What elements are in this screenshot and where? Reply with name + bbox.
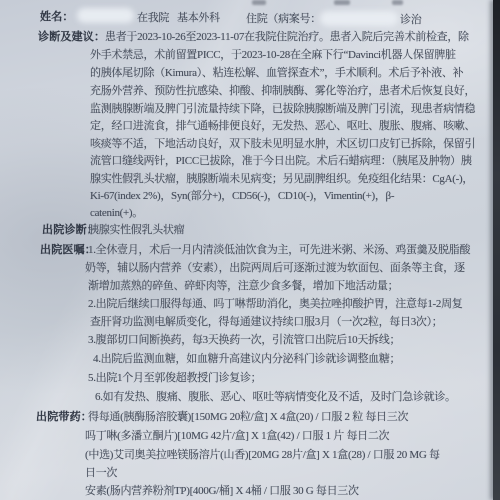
discharge-instruction-line: 5.出院1个月至郭俊超教授门诊复诊；	[88, 371, 261, 385]
discharge-instruction-line: 渐增加蒸熟的碎鱼、碎虾肉等，注意少食多餐，增加下地活动量；	[88, 279, 398, 293]
name-label: 姓名：	[40, 10, 74, 24]
diagnosis-advice-line: 定，经口进流食，排气通畅排便良好，无发热、恶心、呕吐、腹胀、腹痛、咳嗽、	[90, 119, 475, 133]
discharge-instruction-line: 奶等，辅以肠内营养（安素），出院两周后可逐渐过渡为软面包、面条等主食，逐	[85, 261, 465, 275]
cropped-text-remnant	[334, 0, 350, 5]
hospital-text: 在我院	[137, 11, 169, 25]
discharge-instruction-line: 4.出院后监测血糖，如血糖升高建议内分泌科门诊就诊调整血糖；	[93, 352, 400, 366]
redacted-record-number	[320, 11, 398, 26]
diagnosis-advice-line: 咳痰等不适，下地活动良好，双下肢未见明显水肿，术区切口皮钉已拆除，保留引	[90, 137, 475, 151]
diagnosis-advice-label: 诊断及建议：	[38, 30, 105, 44]
discharge-instruction-line: 1.全休壹月，术后一月内清淡低油饮食为主，可先进米粥、米汤、鸡蛋羹及脱脂酸	[88, 243, 470, 257]
redacted-patient-name	[77, 8, 134, 23]
cropped-text-remnant	[392, 0, 403, 5]
discharge-medication-line: 得每通(胰酶肠溶胶囊)[150MG 20粒/盒] X 4盒(20) / 口服 2…	[88, 410, 408, 424]
discharge-document-photo: 姓名： 在我院 基本外科 住院（病案号： 诊治 诊断及建议： 患者于2023-1…	[0, 0, 500, 500]
discharge-medication-line: 吗丁啉(多潘立酮片)[10MG 42片/盒] X 1盒(42) / 口服 1 片…	[85, 429, 389, 443]
diagnosis-advice-line: 监测胰腺断端及脾门引流量持续下降，已拔除胰腺断端及脾门引流，现患者病情稳	[90, 102, 475, 116]
department-text: 基本外科	[177, 11, 220, 25]
discharge-instruction-line: 3.腹部切口间断换药，每3天换药一次，引流管口出院后10天拆线；	[88, 333, 400, 347]
photo-right-edge	[493, 0, 500, 500]
discharge-medications-label: 出院带药：	[36, 410, 92, 424]
discharge-diagnosis-value: 胰腺实性假乳头状瘤	[88, 223, 184, 237]
diagnosis-advice-line: 外手术禁忌，术前留置PICC，于2023-10-28在全麻下行“Davinci机…	[90, 48, 456, 62]
diagnosis-advice-line: Ki-67(index 2%)，Syn(部分+)，CD56(-)，CD10(-)…	[90, 189, 394, 203]
discharge-instruction-line: 2.出院后继续口服得每通、吗丁啉帮助消化，奥美拉唑抑酸护胃，注意每1-2周复	[88, 297, 463, 311]
admission-record-label: 住院（病案号：	[246, 12, 321, 26]
diagnosis-advice-line: 腺实性假乳头状瘤，胰腺断端未见病变；另见副脾组织。免疫组化结果：CgA(-)，	[90, 172, 473, 186]
discharge-medication-line: 日一次	[85, 466, 117, 480]
diagnosis-advice-line: 流管口缝线两针，PICC已拔除，准于今日出院。术后石蜡病理：（胰尾及肿物）胰	[90, 154, 472, 168]
diagnosis-advice-line: catenin(+)。	[90, 206, 143, 220]
discharge-medication-line: (中选)艾司奥美拉唑镁肠溶片(山香)[20MG 28片/盒] X 1盒(28) …	[85, 448, 440, 462]
discharge-instruction-line: 6.如有发热、腹痛、腹胀、恶心、呕吐等病情变化及不适，及时门急诊就诊。	[95, 390, 456, 404]
treatment-suffix: 诊治	[400, 13, 421, 27]
diagnosis-advice-line: 充肠外营养、预防性抗感染、抑酸、抑制胰酶、雾化等治疗，患者术后恢复良好，	[90, 84, 475, 98]
cropped-text-remnant	[252, 0, 266, 5]
diagnosis-advice-line: 的胰体尾切除（Kimura）、粘连松解、血管探查术”，手术顺利。术后予补液、补	[90, 66, 463, 80]
discharge-instruction-line: 查肝肾功监测电解质变化，得每通建议持续口服3月（一次2粒，每日3次）；	[90, 315, 443, 329]
discharge-medication-line: 安素(肠内营养粉剂TP)[400G/桶] X 4桶 / 口服 30 G 每日三次	[85, 484, 359, 498]
diagnosis-advice-line: 患者于2023-10-26至2023-11-07在我院住院治疗。患者入院后完善术…	[105, 30, 469, 44]
